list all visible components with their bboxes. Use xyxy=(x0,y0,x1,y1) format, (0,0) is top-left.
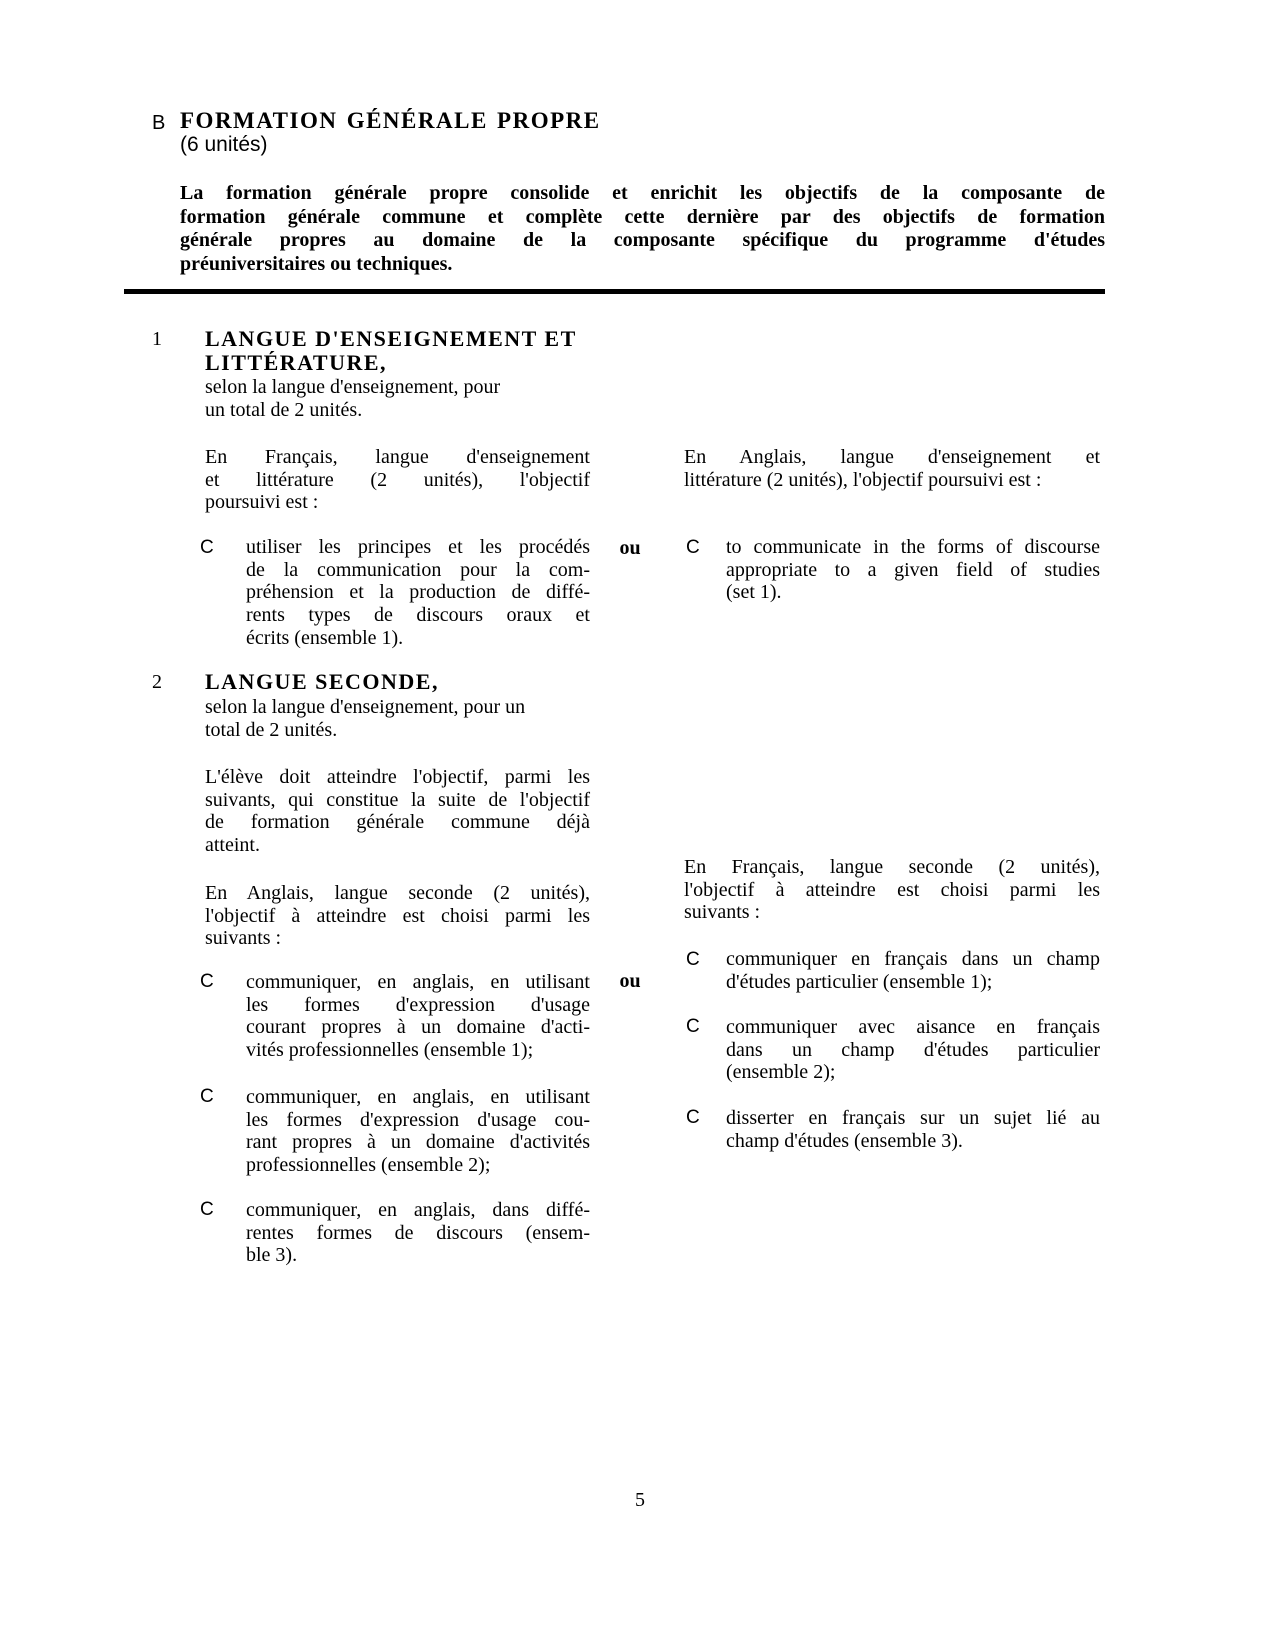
section1-left-intro: En Français, langue d'enseignementet lit… xyxy=(205,446,590,514)
page-title: FORMATION GÉNÉRALE PROPRE xyxy=(180,108,601,133)
section2-left-bullet-1: communiquer, en anglais, en utilisantles… xyxy=(246,971,590,1062)
section1-right-bullet: to communicate in the forms of discourse… xyxy=(726,536,1100,604)
section2-left-bullet-2: communiquer, en anglais, en utilisantles… xyxy=(246,1086,590,1177)
intro-paragraph: La formation générale propre consolide e… xyxy=(180,182,1105,276)
section2-right-bullet-2: communiquer avec aisance en françaisdans… xyxy=(726,1016,1100,1084)
bullet-marker: C xyxy=(200,1086,214,1109)
section1-right-intro: En Anglais, langue d'enseignement etlitt… xyxy=(684,446,1100,491)
or-label: ou xyxy=(608,537,652,560)
section2-left-paragraph: L'élève doit atteindre l'objectif, parmi… xyxy=(205,766,590,857)
section2-right-intro: En Français, langue seconde (2 unités),l… xyxy=(684,856,1100,924)
bullet-marker: C xyxy=(686,1016,700,1039)
bullet-marker: C xyxy=(686,537,700,560)
section2-left-bullet-3: communiquer, en anglais, dans diffé-rent… xyxy=(246,1199,590,1267)
section2-number: 2 xyxy=(152,671,162,694)
bullet-marker: C xyxy=(686,1107,700,1130)
section2-title: LANGUE SECONDE, xyxy=(205,670,439,694)
bullet-marker: C xyxy=(200,537,214,560)
section1-title: LANGUE D'ENSEIGNEMENT ET LITTÉRATURE, xyxy=(205,327,577,374)
bullet-marker: C xyxy=(686,949,700,972)
section1-left-bullet: utiliser les principes et les procédésde… xyxy=(246,536,590,650)
bullet-marker: C xyxy=(200,971,214,994)
page-subtitle: (6 unités) xyxy=(180,134,268,157)
bullet-marker: C xyxy=(200,1199,214,1222)
divider xyxy=(124,289,1105,294)
section2-left-intro: En Anglais, langue seconde (2 unités),l'… xyxy=(205,882,590,950)
section2-subtitle: selon la langue d'enseignement, pour un … xyxy=(205,696,525,742)
section1-subtitle: selon la langue d'enseignement, pour un … xyxy=(205,376,500,422)
document-page: B FORMATION GÉNÉRALE PROPRE (6 unités) L… xyxy=(0,0,1275,1650)
or-label: ou xyxy=(608,970,652,993)
section2-right-bullet-3: disserter en français sur un sujet lié a… xyxy=(726,1107,1100,1152)
page-number: 5 xyxy=(626,1489,654,1512)
header-label: B xyxy=(152,112,165,135)
section1-number: 1 xyxy=(152,328,162,351)
section2-right-bullet-1: communiquer en français dans un champd'é… xyxy=(726,948,1100,993)
